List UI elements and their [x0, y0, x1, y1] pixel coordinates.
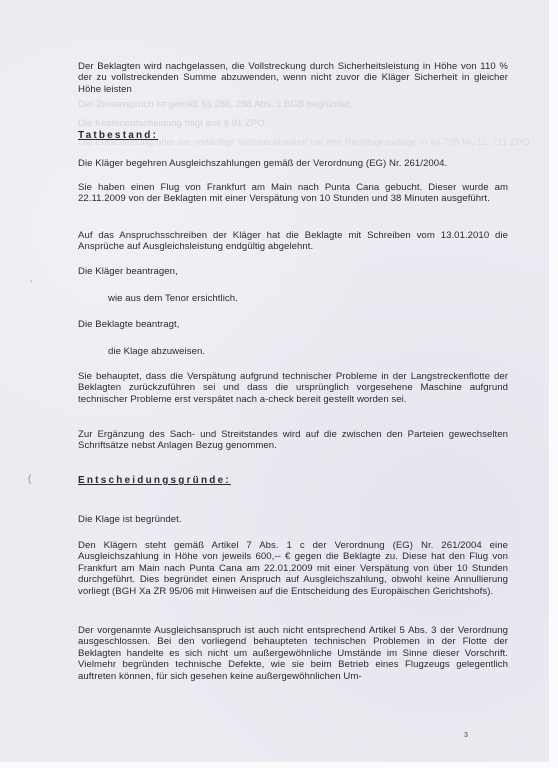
- paragraph-indented: wie aus dem Tenor ersichtlich.: [108, 293, 538, 304]
- paragraph: Auf das Anspruchsschreiben der Kläger ha…: [78, 230, 508, 253]
- paragraph: Die Klage ist begründet.: [78, 514, 508, 525]
- bleed-through-line: Der Zinsanspruch ist gemäß §§ 286, 288 A…: [78, 99, 353, 110]
- scanned-page: Der Beklagten wird nachgelassen, die Vol…: [0, 0, 549, 762]
- heading-entscheidungsgruende: Entscheidungsgründe:: [78, 475, 231, 486]
- heading-tatbestand: Tatbestand:: [78, 130, 158, 141]
- punch-hole-mark: (: [28, 474, 31, 485]
- paragraph: Die Beklagte beantragt,: [78, 319, 508, 330]
- paragraph: Die Kläger begehren Ausgleichszahlungen …: [78, 158, 508, 169]
- intro-paragraph: Der Beklagten wird nachgelassen, die Vol…: [78, 61, 508, 95]
- margin-mark: ˎ: [30, 272, 33, 283]
- paragraph: Sie haben einen Flug von Frankfurt am Ma…: [78, 182, 508, 205]
- paragraph: Sie behauptet, dass die Verspätung aufgr…: [78, 371, 508, 405]
- bleed-through-line: Die Kostenentscheidung folgt aus § 91 ZP…: [78, 118, 267, 129]
- paragraph: Den Klägern steht gemäß Artikel 7 Abs. 1…: [78, 540, 508, 597]
- page-number: 3: [464, 732, 468, 739]
- paragraph: Der vorgenannte Ausgleichsanspruch ist a…: [78, 625, 508, 682]
- paragraph: Zur Ergänzung des Sach- und Streitstande…: [78, 429, 508, 452]
- paragraph-indented: die Klage abzuweisen.: [108, 346, 538, 357]
- paragraph: Die Kläger beantragen,: [78, 266, 508, 277]
